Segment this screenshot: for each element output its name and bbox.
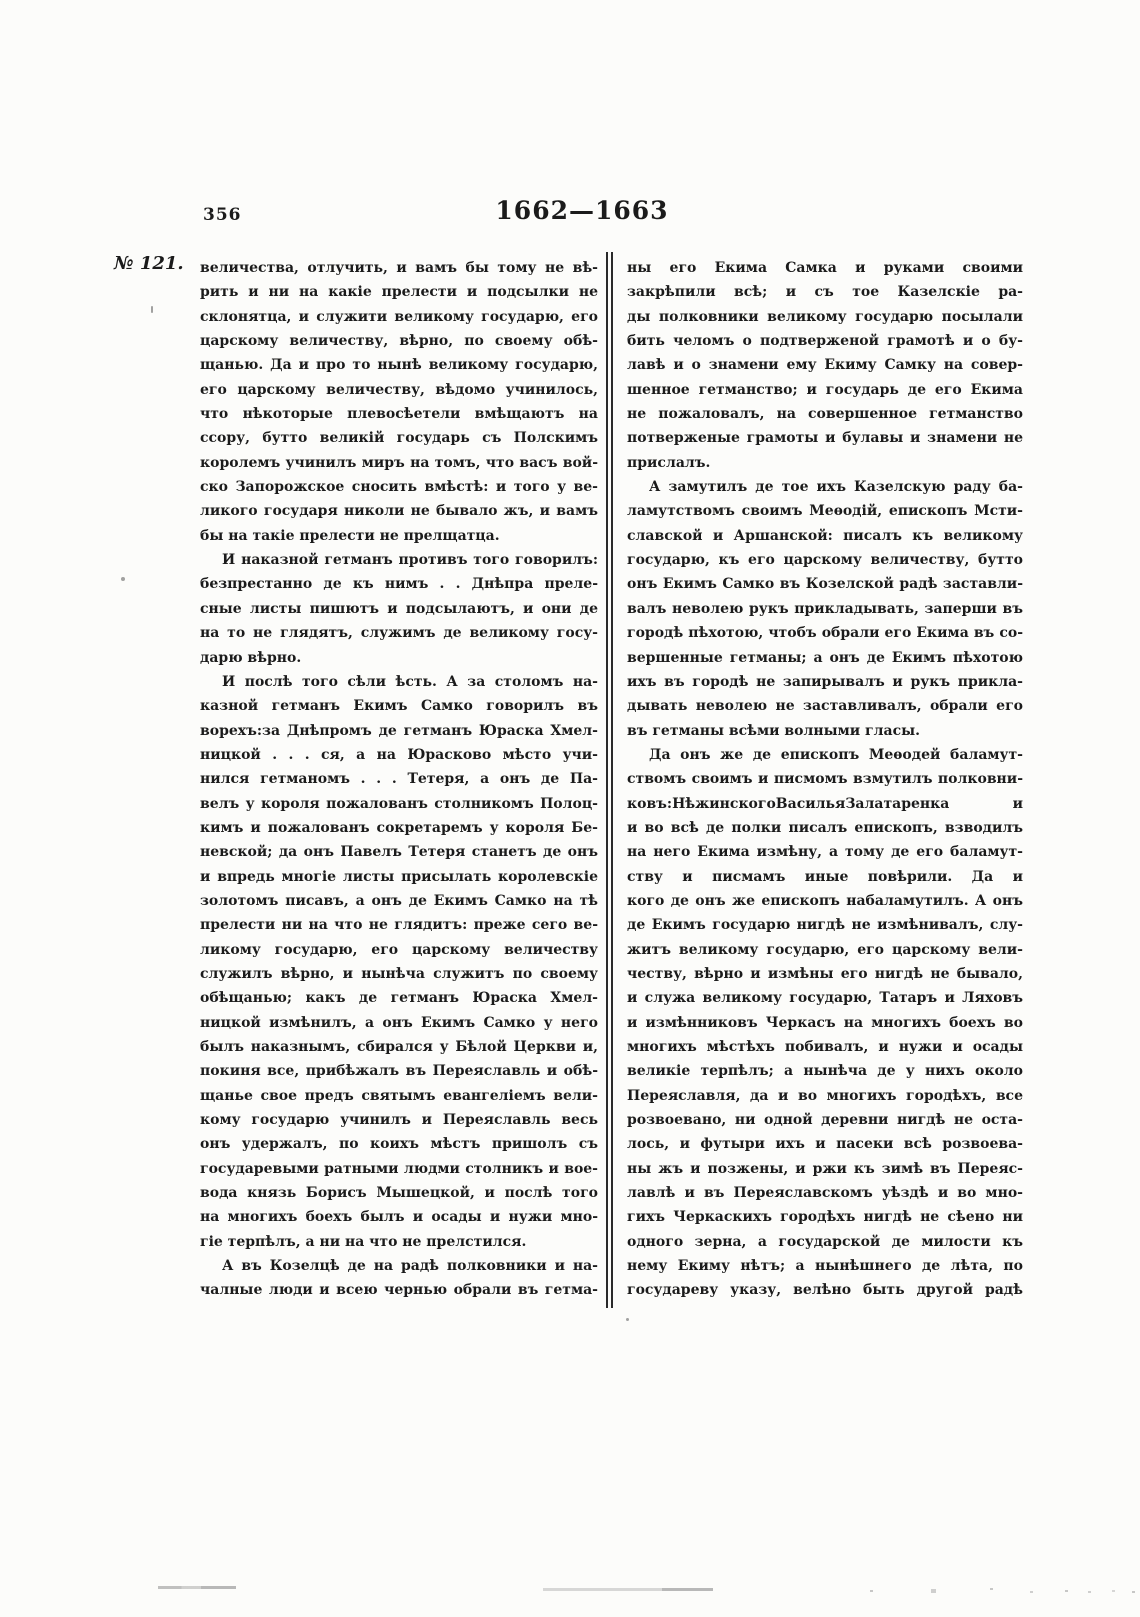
text-line: гихъ Черкаскихъ городѣхъ нигдѣ не сѣено … xyxy=(627,1205,1023,1229)
text-line: рить и ни на какіе прелести и подсылки н… xyxy=(200,280,598,304)
text-line: валъ неволею рукъ прикладывать, заперши … xyxy=(627,597,1023,621)
scan-artifact xyxy=(121,577,125,581)
text-line: ликого государя николи не бывало жъ, и в… xyxy=(200,499,598,523)
text-line: покиня все, прибѣжалъ въ Переяславль и о… xyxy=(200,1059,598,1083)
text-line: государевыми ратными людми столникъ и во… xyxy=(200,1157,598,1181)
page-number: 356 xyxy=(203,205,242,225)
text-line: ству и писмамъ иные повѣрили. Да и Брюхо… xyxy=(627,865,1023,889)
year-heading: 1662—1663 xyxy=(495,196,668,225)
scan-artifact xyxy=(158,1586,236,1589)
text-line: прелести ни на что не глядитъ: преже сег… xyxy=(200,913,598,937)
text-line: вершенные гетманы; а онъ де Екимъ пѣхото… xyxy=(627,646,1023,670)
text-line: ны его Екима Самка и руками своими xyxy=(627,256,1023,280)
text-line: сные листы пишютъ и подсылаютъ, и они де xyxy=(200,597,598,621)
text-line: и служа великому государю, Татаръ и Ляхо… xyxy=(627,986,1023,1010)
text-line: щанье свое предъ святымъ евангеліемъ вел… xyxy=(200,1084,598,1108)
text-line: его царскому величеству, вѣдомо учинилос… xyxy=(200,378,598,402)
text-line: въ гетманы всѣми волными гласы. xyxy=(627,719,1023,743)
text-line: на многихъ боехъ былъ и осады и нужи мно… xyxy=(200,1205,598,1229)
document-number-margin-note: № 121. xyxy=(114,253,184,274)
text-line: казной гетманъ Екимъ Самко говорилъ въ р… xyxy=(200,694,598,718)
text-line: А въ Козелцѣ де на радѣ полковники и на- xyxy=(200,1254,598,1278)
text-line: былъ наказнымъ, сбирался у Бѣлой Церкви … xyxy=(200,1035,598,1059)
text-line: онъ Екимъ Самко въ Козелской радѣ застав… xyxy=(627,572,1023,596)
text-line: честву, вѣрно и измѣны его нигдѣ не быва… xyxy=(627,962,1023,986)
text-line: чалные люди и всею чернью обрали въ гетм… xyxy=(200,1278,598,1302)
text-line: лавлѣ и въ Переяславскомъ уѣздѣ и во мно… xyxy=(627,1181,1023,1205)
text-line: гіе терпѣлъ, а ни на что не прелстился. xyxy=(200,1230,598,1254)
text-line: ковъ:НѣжинскогоВасильяЗалатаренка и иных… xyxy=(627,792,1023,816)
text-line: нился гетманомъ . . . Тетеря, а онъ де П… xyxy=(200,767,598,791)
text-line: ликому государю, его царскому величеству xyxy=(200,938,598,962)
text-line: ствомъ своимъ и писмомъ взмутилъ полковн… xyxy=(627,767,1023,791)
text-line: королемъ учинилъ миръ на томъ, что васъ … xyxy=(200,451,598,475)
text-line: прислалъ. xyxy=(627,451,1023,475)
text-line: кимъ и пожалованъ сокретаремъ у короля Б… xyxy=(200,816,598,840)
text-line: безпрестанно де къ нимъ . . Днѣпра преле… xyxy=(200,572,598,596)
text-line: ссору, бутто великій государь съ Полским… xyxy=(200,426,598,450)
text-line: бить челомъ о подтверженой грамотѣ и о б… xyxy=(627,329,1023,353)
text-line: ворехъ:за Днѣпромъ де гетманъ Юраска Хме… xyxy=(200,719,598,743)
scan-artifact xyxy=(870,1590,873,1592)
text-line: на то не глядятъ, служимъ де великому го… xyxy=(200,621,598,645)
text-line: величества, отлучить, и вамъ бы тому не … xyxy=(200,256,598,280)
text-line: кому государю учинилъ и Переяславль весь xyxy=(200,1108,598,1132)
right-column: ны его Екима Самка и руками своимизакрѣп… xyxy=(627,256,1023,1303)
text-line: золотомъ писавъ, а онъ де Екимъ Самко на… xyxy=(200,889,598,913)
text-line: А замутилъ де тое ихъ Казелскую раду ба- xyxy=(627,475,1023,499)
text-line: закрѣпили всѣ; и съ тое Казелскіе ра- xyxy=(627,280,1023,304)
text-line: склонятца, и служити великому государю, … xyxy=(200,305,598,329)
left-column: величества, отлучить, и вамъ бы тому не … xyxy=(200,256,598,1303)
text-line: многихъ мѣстѣхъ побивалъ, и нужи и осады xyxy=(627,1035,1023,1059)
text-line: лось, и футыри ихъ и пасеки всѣ розвоева… xyxy=(627,1132,1023,1156)
text-line: ихъ въ городѣ не запирывалъ и рукъ прикл… xyxy=(627,670,1023,694)
text-line: ламутствомъ своимъ Меѳодій, епископъ Мст… xyxy=(627,499,1023,523)
text-line: Да онъ же де епископъ Меѳодей баламут- xyxy=(627,743,1023,767)
text-line: розвоевано, ни одной деревни нигдѣ не ос… xyxy=(627,1108,1023,1132)
text-line: вода князь Борисъ Мышецкой, и послѣ того xyxy=(200,1181,598,1205)
text-line: невской; да онъ Павелъ Тетеря станетъ де… xyxy=(200,840,598,864)
text-line: щанью. Да и про то нынѣ великому государ… xyxy=(200,353,598,377)
text-line: царскому величеству, вѣрно, по своему об… xyxy=(200,329,598,353)
column-divider-double-rule xyxy=(606,252,613,1308)
text-line: славской и Аршанской: писалъ къ великому xyxy=(627,524,1023,548)
text-line: И наказной гетманъ противъ того говорилъ… xyxy=(200,548,598,572)
text-line: ны жъ и позжены, и ржи къ зимѣ въ Переяс… xyxy=(627,1157,1023,1181)
text-line: дарю вѣрно. xyxy=(200,646,598,670)
text-line: И послѣ того сѣли ѣсть. А за столомъ на- xyxy=(200,670,598,694)
text-line: кого де онъ же епископъ набаламутилъ. А … xyxy=(627,889,1023,913)
text-line: де Екимъ государю нигдѣ не измѣнивалъ, с… xyxy=(627,913,1023,937)
text-line: государю, къ его царскому величеству, бу… xyxy=(627,548,1023,572)
text-line: велъ у короля пожалованъ столникомъ Поло… xyxy=(200,792,598,816)
text-line: обѣщанью; какъ де гетманъ Юраска Хмел- xyxy=(200,986,598,1010)
text-line: городѣ пѣхотою, чтобъ обрали его Екима в… xyxy=(627,621,1023,645)
text-line: житъ великому государю, его царскому вел… xyxy=(627,938,1023,962)
text-line: потверженые грамоты и булавы и знамени н… xyxy=(627,426,1023,450)
text-line: Переяславля, да и во многихъ городѣхъ, в… xyxy=(627,1084,1023,1108)
text-line: ды полковники великому государю посылали xyxy=(627,305,1023,329)
text-line: ницкой измѣнилъ, а онъ Екимъ Самко у нег… xyxy=(200,1011,598,1035)
scan-artifact xyxy=(626,1318,629,1321)
text-line: нему Екиму нѣтъ; а нынѣшнего де лѣта, по xyxy=(627,1254,1023,1278)
text-line: ско Запорожское сносить вмѣстѣ: и того у… xyxy=(200,475,598,499)
text-line: и впредь многіе листы присылать королевс… xyxy=(200,865,598,889)
scan-artifact xyxy=(543,1588,713,1591)
text-line: бы на такіе прелести не прелщатца. xyxy=(200,524,598,548)
text-line: государеву указу, велѣно быть другой рад… xyxy=(627,1278,1023,1302)
text-line: не пожаловалъ, на совершенное гетманство xyxy=(627,402,1023,426)
text-line: ницкой . . . ся, а на Юрасково мѣсто учи… xyxy=(200,743,598,767)
text-line: что нѣкоторые плевосѣетели вмѣщаютъ на xyxy=(200,402,598,426)
text-line: на него Екима измѣну, а тому де его бала… xyxy=(627,840,1023,864)
text-line: лавѣ и о знамени ему Екиму Самку на сове… xyxy=(627,353,1023,377)
text-line: великіе терпѣлъ; а нынѣча де у нихъ окол… xyxy=(627,1059,1023,1083)
text-line: и измѣнниковъ Черкасъ на многихъ боехъ в… xyxy=(627,1011,1023,1035)
text-line: онъ удержалъ, по коихъ мѣстъ пришолъ съ xyxy=(200,1132,598,1156)
text-line: одного зерна, а государской де милости к… xyxy=(627,1230,1023,1254)
text-line: шенное гетманство; и государь де его Еки… xyxy=(627,378,1023,402)
scan-artifact xyxy=(151,306,153,313)
text-line: дывать неволею не заставливалъ, обрали е… xyxy=(627,694,1023,718)
text-line: и во всѣ де полки писалъ епископъ, взвод… xyxy=(627,816,1023,840)
text-line: служилъ вѣрно, и нынѣча служитъ по своем… xyxy=(200,962,598,986)
